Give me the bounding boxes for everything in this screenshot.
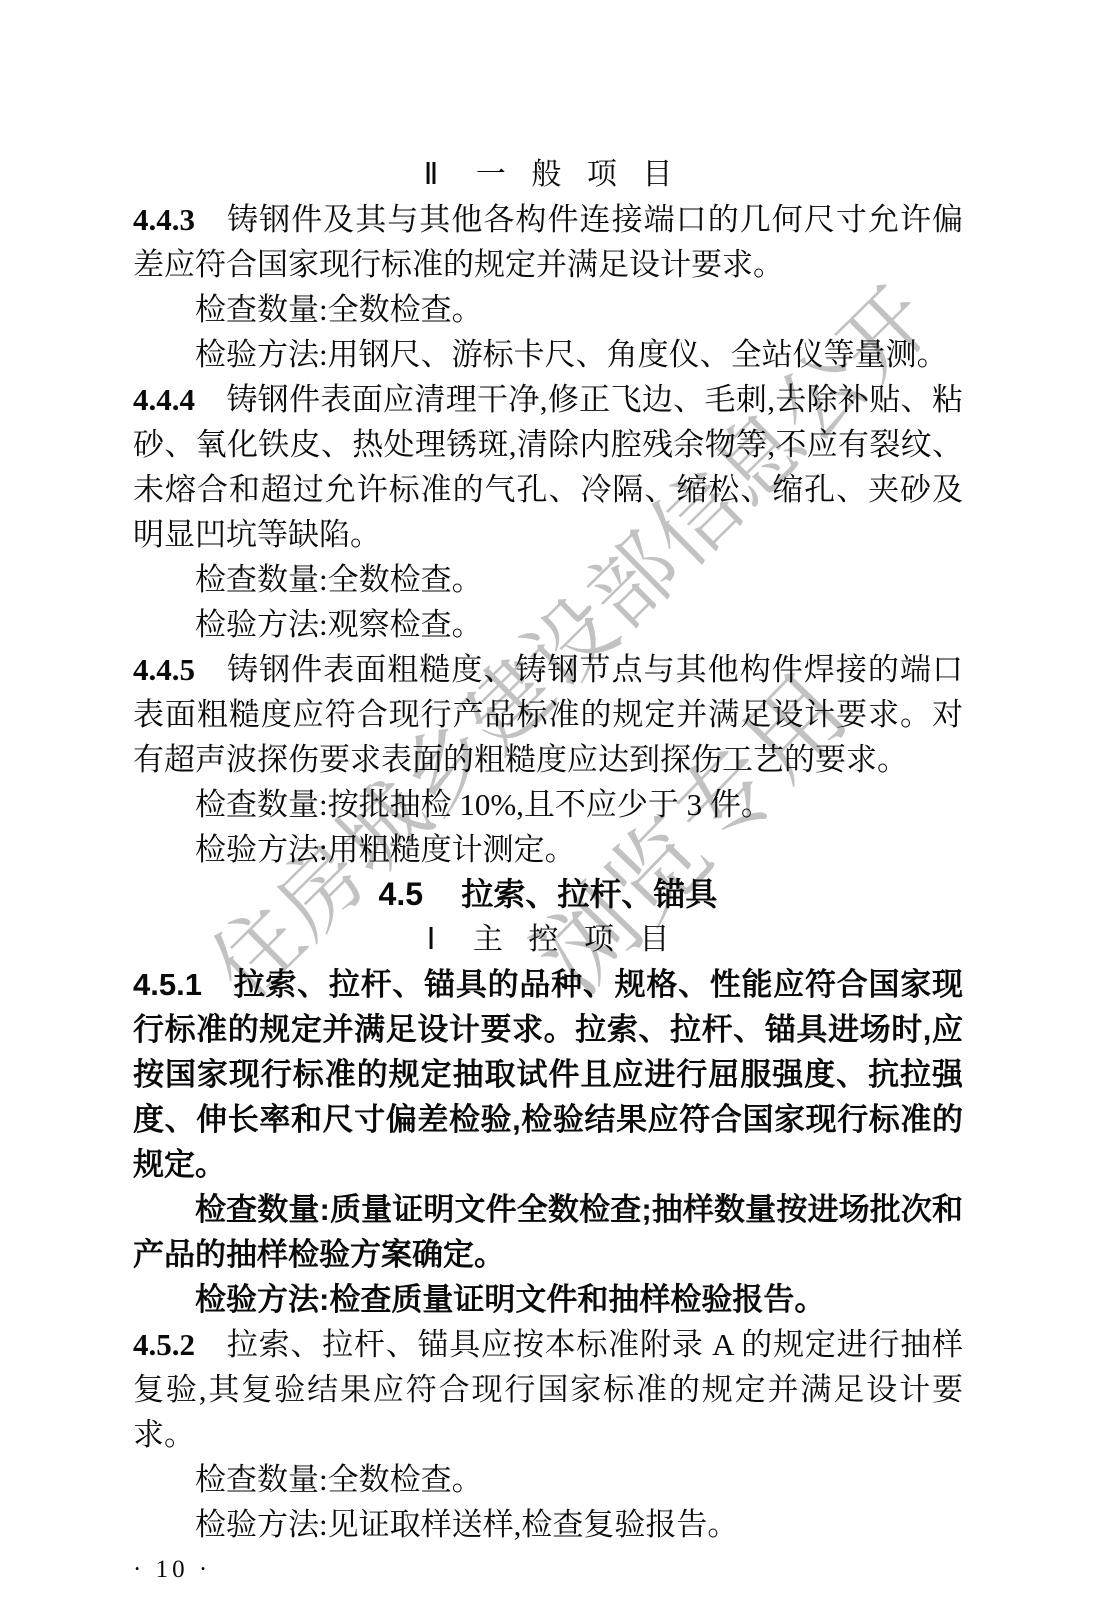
clause-4-4-5-check-quantity: 检查数量:按批抽检 10%,且不应少于 3 件。: [133, 782, 963, 827]
clause-4-4-3-check-method: 检验方法:用钢尺、游标卡尺、角度仪、全站仪等量测。: [133, 332, 963, 377]
section-4-5-number: 4.5: [379, 876, 423, 912]
clause-4-4-5-text: 铸钢件表面粗糙度、铸钢节点与其他构件焊接的端口表面粗糙度应符合现行产品标准的规定…: [133, 652, 963, 777]
clause-4-5-2-check-method: 检验方法:见证取样送样,检查复验报告。: [133, 1502, 963, 1547]
section-4-5-heading: 4.5拉索、拉杆、锚具: [133, 872, 963, 917]
general-items-heading: Ⅱ一般项目: [133, 152, 963, 197]
section-4-5-title: 拉索、拉杆、锚具: [461, 876, 717, 912]
clause-4-4-4-paragraph: 4.4.4铸钢件表面应清理干净,修正飞边、毛刺,去除补贴、粘砂、氧化铁皮、热处理…: [133, 377, 963, 557]
clause-4-4-5-check-method: 检验方法:用粗糙度计测定。: [133, 827, 963, 872]
clause-4-5-1-check-quantity: 检查数量:质量证明文件全数检查;抽样数量按进场批次和产品的抽样检验方案确定。: [133, 1187, 963, 1277]
clause-4-4-4-check-quantity: 检查数量:全数检查。: [133, 557, 963, 602]
clause-4-4-3-number: 4.4.3: [133, 202, 195, 237]
clause-4-5-1-text: 拉索、拉杆、锚具的品种、规格、性能应符合国家现行标准的规定并满足设计要求。拉索、…: [133, 967, 963, 1182]
general-items-heading-label: 一般项目: [476, 158, 698, 191]
roman-numeral-2: Ⅱ: [424, 158, 439, 191]
page-number: · 10 ·: [133, 1547, 963, 1592]
master-items-heading-label: 主控项目: [473, 923, 695, 956]
clause-4-4-4-check-method: 检验方法:观察检查。: [133, 602, 963, 647]
document-page: 住房城乡建设部信息公开 浏览专用 Ⅱ一般项目 4.4.3铸钢件及其与其他各构件连…: [0, 0, 1106, 1598]
clause-4-4-3-paragraph: 4.4.3铸钢件及其与其他各构件连接端口的几何尺寸允许偏差应符合国家现行标准的规…: [133, 197, 963, 287]
clause-4-5-2-paragraph: 4.5.2拉索、拉杆、锚具应按本标准附录 A 的规定进行抽样复验,其复验结果应符…: [133, 1322, 963, 1457]
clause-4-5-1-number: 4.5.1: [133, 967, 202, 1002]
clause-4-4-4-number: 4.4.4: [133, 382, 195, 417]
clause-4-4-5-number: 4.4.5: [133, 652, 195, 687]
roman-numeral-1: Ⅰ: [427, 923, 436, 956]
clause-4-5-1-block: 4.5.1拉索、拉杆、锚具的品种、规格、性能应符合国家现行标准的规定并满足设计要…: [133, 962, 963, 1322]
clause-4-5-2-text: 拉索、拉杆、锚具应按本标准附录 A 的规定进行抽样复验,其复验结果应符合现行国家…: [133, 1327, 963, 1452]
master-items-heading: Ⅰ主控项目: [133, 917, 963, 962]
clause-4-4-3-check-quantity: 检查数量:全数检查。: [133, 287, 963, 332]
clause-4-4-3-text: 铸钢件及其与其他各构件连接端口的几何尺寸允许偏差应符合国家现行标准的规定并满足设…: [133, 202, 963, 282]
clause-4-5-1-paragraph: 4.5.1拉索、拉杆、锚具的品种、规格、性能应符合国家现行标准的规定并满足设计要…: [133, 962, 963, 1187]
clause-4-5-2-check-quantity: 检查数量:全数检查。: [133, 1457, 963, 1502]
clause-4-5-2-number: 4.5.2: [133, 1327, 195, 1362]
page-content: Ⅱ一般项目 4.4.3铸钢件及其与其他各构件连接端口的几何尺寸允许偏差应符合国家…: [133, 152, 963, 1592]
clause-4-4-4-text: 铸钢件表面应清理干净,修正飞边、毛刺,去除补贴、粘砂、氧化铁皮、热处理锈斑,清除…: [133, 382, 963, 552]
clause-4-4-5-paragraph: 4.4.5铸钢件表面粗糙度、铸钢节点与其他构件焊接的端口表面粗糙度应符合现行产品…: [133, 647, 963, 782]
clause-4-5-1-check-method: 检验方法:检查质量证明文件和抽样检验报告。: [133, 1277, 963, 1322]
